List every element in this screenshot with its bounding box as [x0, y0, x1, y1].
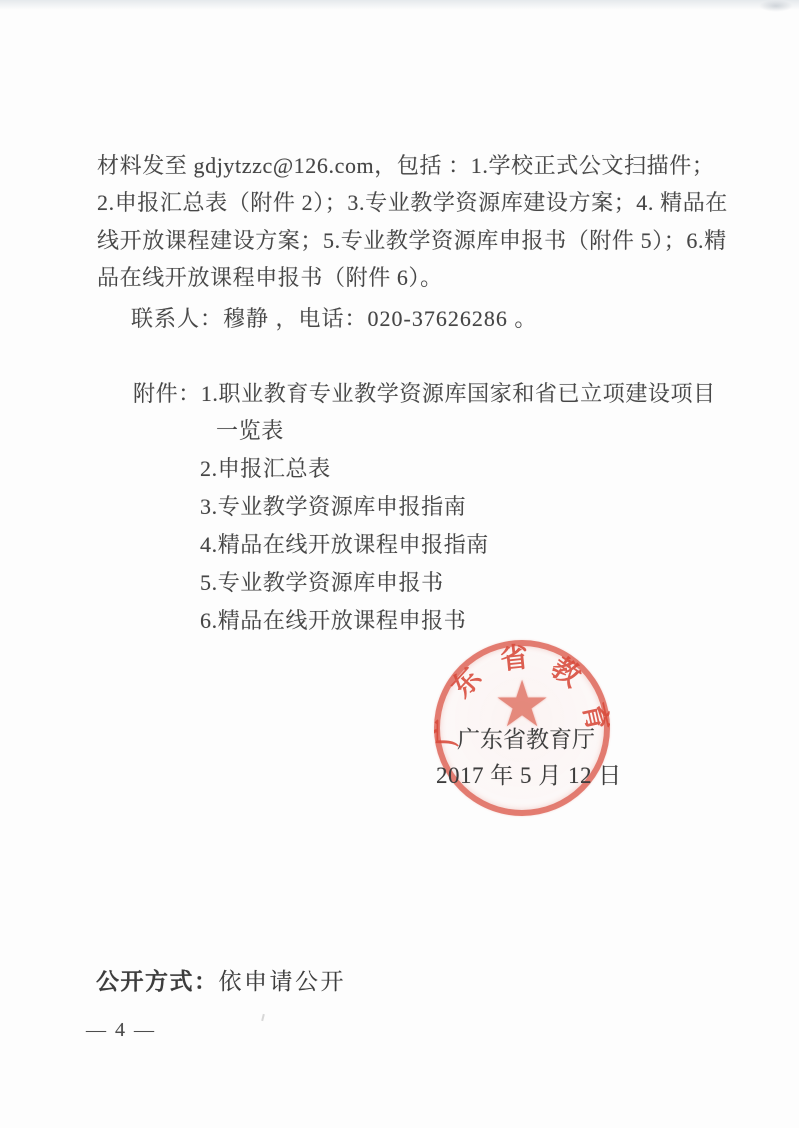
- issue-date: 2017 年 5 月 12 日: [436, 757, 622, 790]
- contact-line: 联系人：穆静 ，电话：020-37626286 。: [131, 302, 537, 333]
- disclosure-value: 依申请公开: [219, 969, 347, 994]
- scan-smudge-artifact: [759, 0, 793, 12]
- body-paragraph-line-1: 材料发至 gdjytzzc@126.com，包括 ：1.学校正式公文扫描件；: [97, 149, 714, 180]
- attachment-item-3: 3.专业教学资源库申报指南: [200, 490, 466, 521]
- scanned-document-page: 材料发至 gdjytzzc@126.com，包括 ：1.学校正式公文扫描件； 2…: [0, 0, 799, 1128]
- page-number: — 4 —: [86, 1019, 156, 1042]
- attachment-item-1-continued: 一览表: [216, 414, 284, 445]
- attachment-item-2: 2.申报汇总表: [200, 452, 331, 483]
- body-paragraph-line-4: 品在线开放课程申报书（附件 6）。: [97, 261, 443, 292]
- body-paragraph-line-2: 2.申报汇总表（附件 2）；3.专业教学资源库建设方案；4. 精品在: [97, 186, 728, 217]
- issuer-name: 广东省教育厅: [457, 721, 595, 754]
- scan-noise: [261, 1014, 265, 1021]
- attachments-line-1: 附件：1.职业教育专业教学资源库国家和省已立项建设项目: [133, 377, 716, 408]
- disclosure-line: 公开方式：依申请公开: [96, 963, 346, 996]
- disclosure-label: 公开方式：: [96, 969, 219, 994]
- body-paragraph-line-3: 线开放课程建设方案；5.专业教学资源库申报书（附件 5）；6.精: [97, 224, 727, 255]
- attachments-label: 附件：: [133, 381, 201, 406]
- scan-edge-artifact: [0, 0, 799, 10]
- attachment-item-1: 1.职业教育专业教学资源库国家和省已立项建设项目: [201, 381, 716, 406]
- attachment-item-4: 4.精品在线开放课程申报指南: [200, 528, 489, 559]
- attachment-item-6: 6.精品在线开放课程申报书: [200, 604, 466, 635]
- attachment-item-5: 5.专业教学资源库申报书: [200, 566, 444, 597]
